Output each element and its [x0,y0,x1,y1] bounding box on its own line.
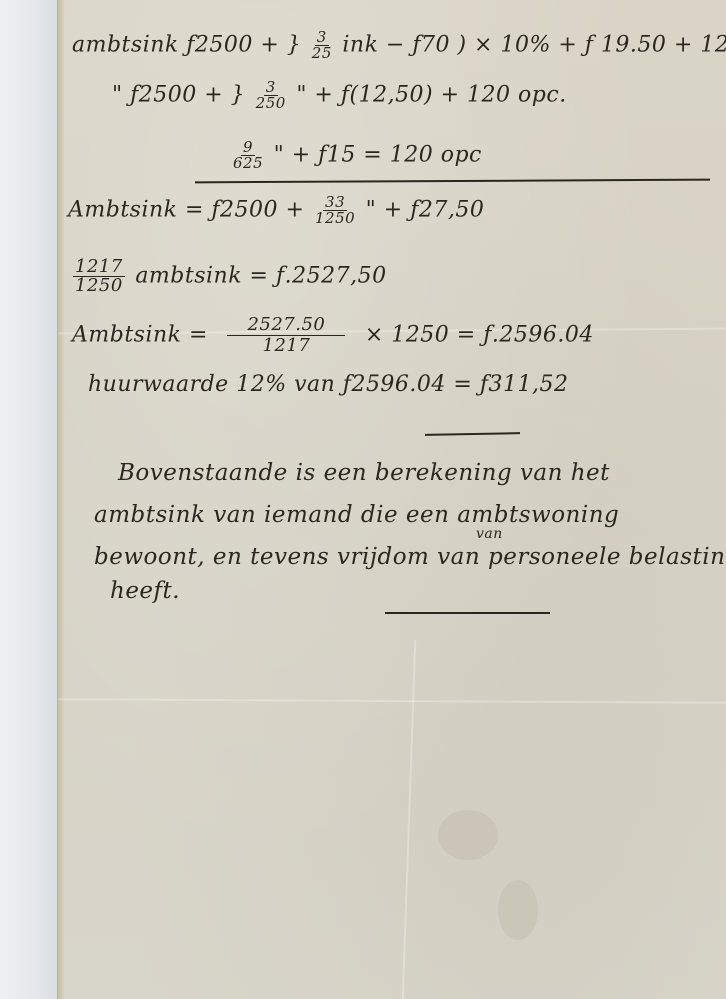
denominator: 625 [233,156,263,171]
calc-text: " + ƒ(12,50) + 120 opc. [296,83,566,108]
note-line-2: ambtsink van iemand die een ambtswoning [94,502,619,528]
paper-stain [498,880,538,940]
denominator: 250 [256,96,286,111]
scanner-background [0,0,60,999]
calc-line-6: Ambtsink = 2527.501217 × 1250 = ƒ.2596.0… [72,315,594,356]
note-line-3: bewoont, en tevens vrijdom van personeel… [94,544,726,570]
denominator: 1217 [263,336,311,356]
calc-text: huurwaarde 12% van ƒ2596.04 = ƒ311,52 [88,372,568,397]
calc-text: " ƒ2500 + } [112,83,245,108]
calc-text: " + ƒ15 = 120 opc [274,143,482,168]
paper-stain [438,810,498,860]
calc-line-7: huurwaarde 12% van ƒ2596.04 = ƒ311,52 [88,372,568,397]
fraction: 2527.501217 [227,315,345,356]
calc-line-2: " ƒ2500 + } 3250 " + ƒ(12,50) + 120 opc. [112,80,567,111]
paper-fold [58,698,726,703]
calc-line-4: Ambtsink = ƒ2500 + 331250 " + ƒ27,50 [68,195,484,226]
fraction: 325 [312,30,332,61]
calc-text: " + ƒ27,50 [366,198,485,223]
calc-text: × 1250 = ƒ.2596.04 [365,323,594,348]
calc-text: ambtsink = ƒ.2527,50 [135,264,386,289]
denominator: 1250 [75,277,123,295]
fraction: 3250 [256,80,286,111]
calc-text: ink − ƒ70 ) × 10% + ƒ 19.50 + 120 opc [342,33,726,58]
calc-line-1: ambtsink ƒ2500 + } 325 ink − ƒ70 ) × 10%… [72,30,726,61]
calc-text: Ambtsink = [72,323,208,348]
calc-text: ambtsink ƒ2500 + } [72,33,301,58]
paper-edge [58,0,64,999]
numerator: 2527.50 [227,315,345,336]
fraction: 12171250 [73,258,125,295]
denominator: 1250 [315,211,355,226]
note-line-1: Bovenstaande is een berekening van het [118,460,610,486]
fraction: 331250 [315,195,355,226]
calc-text: Ambtsink = ƒ2500 + [68,198,304,223]
closing-rule [385,612,550,614]
calc-line-5: 12171250 ambtsink = ƒ.2527,50 [70,258,387,295]
paper-fold [402,640,417,999]
denominator: 25 [312,46,332,61]
calc-line-3: 9625 " + ƒ15 = 120 opc [230,140,482,171]
note-line-4: heeft. [110,578,180,604]
note-insertion: van [476,526,503,542]
fraction: 9625 [233,140,263,171]
